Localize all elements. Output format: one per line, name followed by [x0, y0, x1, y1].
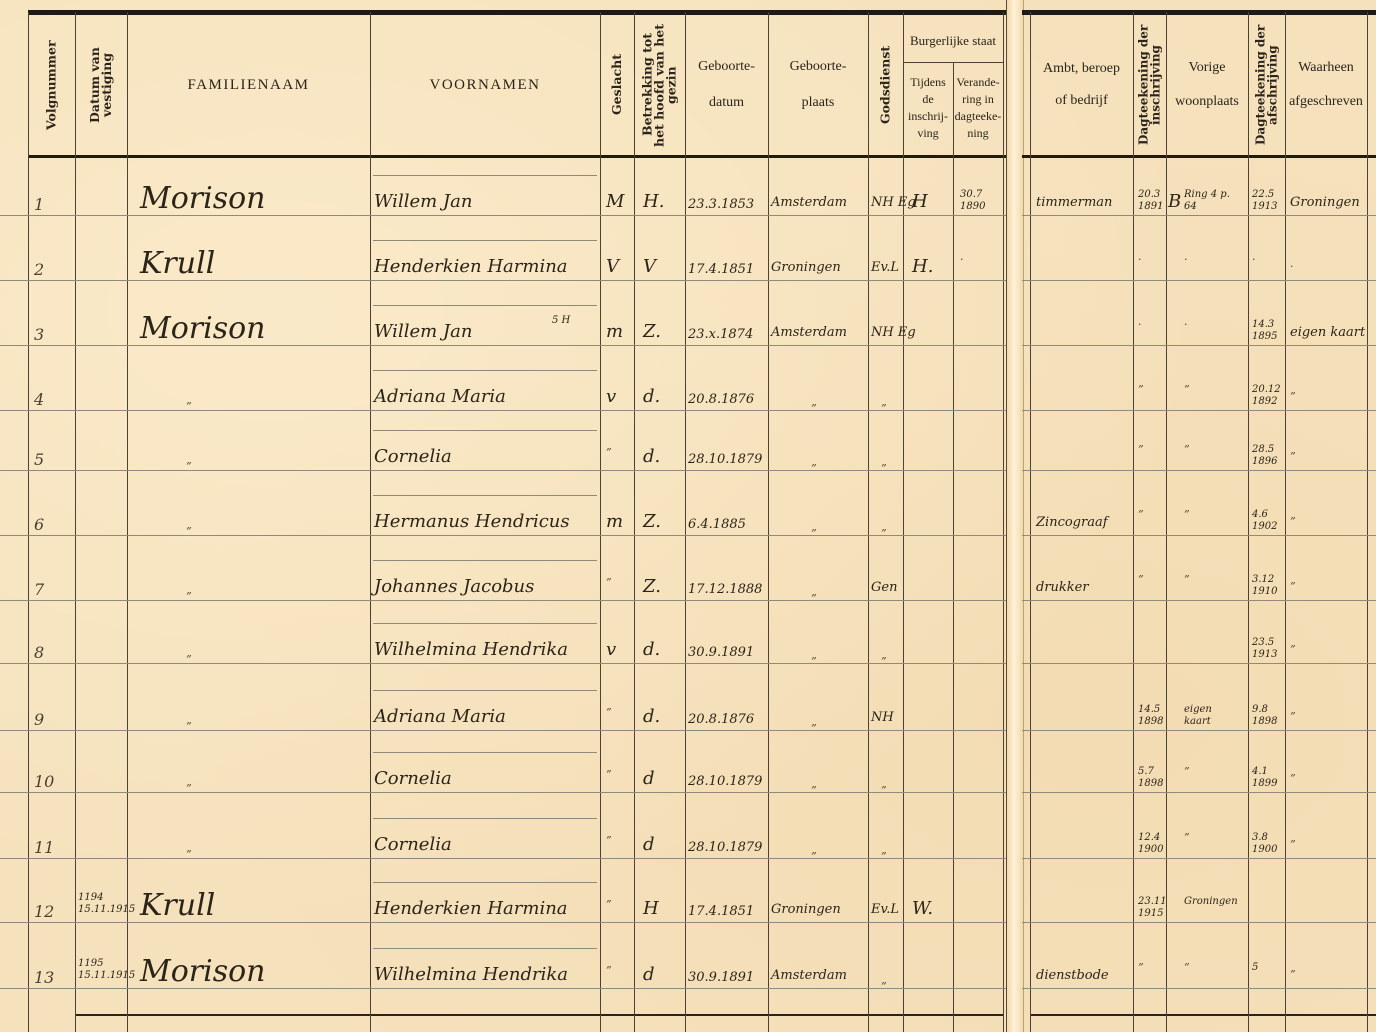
- cell-betrekking: Z.: [643, 321, 661, 342]
- cell-afschrijving: 4.1 1899: [1252, 766, 1282, 790]
- cell-tijdens: W.: [912, 898, 933, 919]
- header-verandering-text: Verande- ring in dagteeke- ning: [954, 74, 1002, 142]
- cell-inschrijving: 20.3 1891: [1138, 189, 1166, 213]
- header-betrekking: Betrekking tot het hoofd van het gezin: [634, 20, 685, 150]
- row-rule: [1022, 345, 1376, 346]
- row-rule: [0, 535, 1006, 536]
- column-rule: [127, 12, 128, 1032]
- cell-nr: 12: [34, 902, 54, 921]
- cell-voornamen: Willem Jan: [374, 191, 472, 212]
- cell-inschrijving: 12.4 1900: [1138, 832, 1166, 856]
- cell-geslacht: M: [606, 191, 624, 212]
- cell-nr: 9: [34, 710, 44, 729]
- header-verandering: Verande- ring in dagteeke- ning: [953, 64, 1003, 152]
- name-guide-rule: [373, 948, 597, 949]
- cell-vorige: ”: [1184, 509, 1240, 521]
- cell-geboortedatum: 28.10.1879: [688, 774, 762, 789]
- cell-nr: 10: [34, 772, 54, 791]
- header-vorige-text: Vorige woonplaats: [1172, 51, 1242, 119]
- cell-geboortedatum: 30.9.1891: [688, 970, 754, 985]
- cell-familienaam: Krull: [140, 888, 215, 923]
- cell-betrekking: V: [643, 256, 656, 277]
- column-rule: [1003, 12, 1004, 1032]
- cell-godsdienst: ”: [881, 462, 887, 475]
- cell-geslacht: ”: [606, 834, 612, 847]
- cell-waarheen: Groningen: [1290, 195, 1360, 210]
- cell-geslacht: ”: [606, 964, 612, 977]
- cell-nr: 8: [34, 643, 44, 662]
- cell-geboortedatum: 30.9.1891: [688, 645, 754, 660]
- cell-nr: 2: [34, 260, 44, 279]
- cell-geboorteplaats: ”: [811, 592, 817, 605]
- cell-betrekking: Z.: [643, 576, 661, 597]
- cell-geboorteplaats: ”: [811, 655, 817, 668]
- name-guide-rule: [373, 370, 597, 371]
- cell-tijdens: H.: [912, 256, 933, 277]
- cell-godsdienst: ”: [881, 402, 887, 415]
- name-guide-rule: [373, 690, 597, 691]
- row-rule: [1022, 600, 1376, 601]
- cell-vorige: ”: [1184, 384, 1240, 396]
- cell-geboortedatum: 23.x.1874: [688, 327, 753, 342]
- cell-betrekking: d.: [643, 386, 660, 407]
- cell-afschrijving: 3.12 1910: [1252, 574, 1282, 598]
- cell-waarheen: ”: [1290, 772, 1296, 785]
- cell-betrekking: H: [643, 898, 659, 919]
- cell-godsdienst: Ev.L: [871, 902, 899, 917]
- cell-inschrijving: 5.7 1898: [1138, 766, 1166, 790]
- cell-afschrijving: 14.3 1895: [1252, 319, 1282, 343]
- row-rule: [0, 410, 1006, 411]
- header-godsdienst: Godsdienst: [868, 20, 903, 150]
- header-vorige-woonplaats: Vorige woonplaats: [1166, 20, 1248, 150]
- cell-vorige: ”: [1184, 962, 1240, 974]
- cell-voornamen: Adriana Maria: [374, 386, 506, 407]
- cell-familienaam: ”: [186, 720, 192, 733]
- column-rule: [768, 12, 769, 1032]
- header-waarheen-text: Waarheen afgeschreven: [1285, 51, 1367, 119]
- cell-geboorteplaats: ”: [811, 722, 817, 735]
- cell-geslacht: ”: [606, 898, 612, 911]
- name-guide-rule: [373, 560, 597, 561]
- top-rule-left: [28, 10, 1006, 15]
- top-rule-right: [1022, 10, 1376, 15]
- cell-inschrijving: ”: [1138, 574, 1166, 586]
- column-rule: [1248, 12, 1249, 1032]
- column-rule: [634, 12, 635, 1032]
- cell-beroep: timmerman: [1036, 195, 1112, 210]
- cell-geboortedatum: 20.8.1876: [688, 712, 754, 727]
- row-rule: [0, 858, 1006, 859]
- cell-vorige: ”: [1184, 832, 1240, 844]
- column-rule: [903, 12, 904, 1032]
- column-rule: [868, 12, 869, 1032]
- cell-godsdienst: NH Eg: [871, 195, 916, 210]
- header-waarheen: Waarheen afgeschreven: [1285, 20, 1367, 150]
- column-rule: [1166, 12, 1167, 1032]
- cell-betrekking: d.: [643, 446, 660, 467]
- cell-nr: 3: [34, 325, 44, 344]
- cell-vorige: ”: [1184, 766, 1240, 778]
- header-rule-right: [1022, 155, 1376, 158]
- header-burgerlijke-staat: Burgerlijke staat: [903, 20, 1003, 60]
- row-rule: [0, 663, 1006, 664]
- cell-vestiging: 1194 15.11.1915: [78, 892, 124, 916]
- cell-betrekking: d: [643, 834, 655, 855]
- row-rule: [1022, 922, 1376, 923]
- cell-familienaam: ”: [186, 653, 192, 666]
- cell-voornamen: Cornelia: [374, 446, 452, 467]
- cell-geboortedatum: 6.4.1885: [688, 517, 746, 532]
- header-ambt-text: Ambt, beroep of bedrijf: [1037, 53, 1127, 117]
- cell-waarheen: eigen kaart: [1290, 325, 1365, 340]
- cell-waarheen: ”: [1290, 643, 1296, 656]
- cell-geboortedatum: 28.10.1879: [688, 452, 762, 467]
- header-dag-inschrijving: Dagteekening der inschrijving: [1133, 18, 1166, 152]
- cell-nr: 4: [34, 390, 44, 409]
- cell-voornamen: Wilhelmina Hendrika: [374, 964, 568, 985]
- cell-afschrijving: 20.12 1892: [1252, 384, 1282, 408]
- cell-nr: 5: [34, 450, 44, 469]
- cell-geboorteplaats: Groningen: [771, 902, 841, 917]
- cell-betrekking: H.: [643, 191, 664, 212]
- cell-afschrijving: ·: [1252, 254, 1282, 266]
- cell-familienaam: Krull: [140, 246, 215, 281]
- header-rule-left: [28, 155, 1006, 158]
- cell-geboortedatum: 28.10.1879: [688, 840, 762, 855]
- header-geslacht: Geslacht: [600, 20, 634, 150]
- row-rule: [0, 470, 1006, 471]
- header-tijdens: Tijdens de inschrij- ving: [903, 64, 953, 152]
- name-guide-rule: [373, 430, 597, 431]
- row-rule: [1022, 280, 1376, 281]
- cell-voornamen: Cornelia: [374, 768, 452, 789]
- cell-betrekking: d.: [643, 706, 660, 727]
- cell-betrekking: d: [643, 964, 655, 985]
- cell-familienaam: Morison: [140, 954, 266, 989]
- cell-vorige: Groningen: [1184, 896, 1240, 908]
- cell-afschrijving: 28.5 1896: [1252, 444, 1282, 468]
- header-geboortedatum: Geboorte- datum: [685, 20, 768, 150]
- row-rule: [1022, 535, 1376, 536]
- cell-vorige: ”: [1184, 444, 1240, 456]
- cell-nr: 7: [34, 580, 44, 599]
- cell-beroep: dienstbode: [1036, 968, 1109, 983]
- cell-geslacht: v: [606, 386, 616, 407]
- cell-geslacht: ”: [606, 706, 612, 719]
- cell-geslacht: v: [606, 639, 616, 660]
- cell-geboortedatum: 20.8.1876: [688, 392, 754, 407]
- row-rule: [1022, 792, 1376, 793]
- column-rule: [28, 12, 29, 1032]
- cell-waarheen: ”: [1290, 580, 1296, 593]
- row-rule: [1022, 470, 1376, 471]
- cell-waarheen: ”: [1290, 515, 1296, 528]
- row-rule: [1022, 663, 1376, 664]
- cell-voornamen: Johannes Jacobus: [374, 576, 534, 597]
- cell-betrekking: d.: [643, 639, 660, 660]
- cell-voornamen: Adriana Maria: [374, 706, 506, 727]
- column-rule: [1367, 12, 1368, 1032]
- cell-geboorteplaats: Amsterdam: [771, 195, 847, 210]
- cell-godsdienst: NH Eg: [871, 325, 916, 340]
- cell-vorige-pre: B: [1168, 191, 1181, 212]
- cell-nr: 6: [34, 515, 44, 534]
- cell-geslacht: V: [606, 256, 619, 277]
- cell-vorige: ”: [1184, 574, 1240, 586]
- cell-inschrijving: ·: [1138, 319, 1166, 331]
- cell-godsdienst: ”: [881, 655, 887, 668]
- row-rule: [1022, 730, 1376, 731]
- cell-geboorteplaats: ”: [811, 462, 817, 475]
- row-rule: [1022, 858, 1376, 859]
- cell-inschrijving: ·: [1138, 254, 1166, 266]
- column-rule: [370, 12, 371, 1032]
- cell-geboortedatum: 17.4.1851: [688, 904, 754, 919]
- cell-inschrijving: ”: [1138, 509, 1166, 521]
- cell-vorige: eigen kaart: [1184, 704, 1240, 728]
- cell-geboorteplaats: Amsterdam: [771, 968, 847, 983]
- cell-familienaam: Morison: [140, 181, 266, 216]
- cell-voornamen: Wilhelmina Hendrika: [374, 639, 568, 660]
- column-rule: [600, 12, 601, 1032]
- cell-afschrijving: 23.5 1913: [1252, 637, 1282, 661]
- cell-afschrijving: 9.8 1898: [1252, 704, 1282, 728]
- cell-familienaam: ”: [186, 525, 192, 538]
- cell-waarheen: ”: [1290, 968, 1296, 981]
- cell-afschrijving: 3.8 1900: [1252, 832, 1282, 856]
- cell-godsdienst: Ev.L: [871, 260, 899, 275]
- name-guide-rule: [373, 818, 597, 819]
- bottom-rule-left: [75, 1014, 1003, 1016]
- cell-note: 5 H: [552, 315, 570, 327]
- cell-nr: 11: [34, 838, 54, 857]
- cell-waarheen: ·: [1290, 260, 1294, 273]
- cell-geboorteplaats: ”: [811, 402, 817, 415]
- cell-geslacht: m: [606, 321, 623, 342]
- cell-waarheen: ”: [1290, 838, 1296, 851]
- column-rule: [953, 62, 954, 1032]
- cell-betrekking: Z.: [643, 511, 661, 532]
- column-rule: [1285, 12, 1286, 1032]
- cell-familienaam: Morison: [140, 311, 266, 346]
- cell-godsdienst: ”: [881, 784, 887, 797]
- cell-inschrijving: 23.11 1915: [1138, 896, 1166, 920]
- cell-geboorteplaats: Groningen: [771, 260, 841, 275]
- cell-geboorteplaats: ”: [811, 784, 817, 797]
- cell-godsdienst: NH: [871, 710, 894, 725]
- name-guide-rule: [373, 240, 597, 241]
- name-guide-rule: [373, 882, 597, 883]
- cell-waarheen: ”: [1290, 390, 1296, 403]
- header-dag-afschrijving: Dagteekening der afschrijving: [1248, 18, 1285, 152]
- cell-geboortedatum: 23.3.1853: [688, 197, 754, 212]
- cell-inschrijving: ”: [1138, 962, 1166, 974]
- cell-geslacht: ”: [606, 576, 612, 589]
- cell-verandering: 30.7 1890: [960, 189, 994, 213]
- cell-waarheen: ”: [1290, 710, 1296, 723]
- bottom-rule-right: [1030, 1014, 1376, 1016]
- cell-inschrijving: 14.5 1898: [1138, 704, 1166, 728]
- cell-godsdienst: ”: [881, 527, 887, 540]
- cell-beroep: drukker: [1036, 580, 1089, 595]
- cell-inschrijving: ”: [1138, 444, 1166, 456]
- row-rule: [0, 730, 1006, 731]
- cell-familienaam: ”: [186, 590, 192, 603]
- cell-waarheen: ”: [1290, 450, 1296, 463]
- header-familienaam: FAMILIENAAM: [127, 20, 370, 150]
- cell-afschrijving: 22.5 1913: [1252, 189, 1282, 213]
- name-guide-rule: [373, 495, 597, 496]
- header-geboortedatum-text: Geboorte- datum: [697, 49, 757, 121]
- cell-geslacht: ”: [606, 768, 612, 781]
- cell-godsdienst: Gen: [871, 580, 897, 595]
- header-volgnummer: Volgnummer: [28, 20, 75, 150]
- cell-geboorteplaats: ”: [811, 527, 817, 540]
- cell-betrekking: d: [643, 768, 655, 789]
- name-guide-rule: [373, 305, 597, 306]
- column-rule: [685, 12, 686, 1032]
- cell-familienaam: ”: [186, 460, 192, 473]
- cell-nr: 13: [34, 968, 54, 987]
- cell-tijdens: H: [912, 191, 928, 212]
- cell-afschrijving: 5: [1252, 962, 1282, 974]
- row-rule: [1022, 215, 1376, 216]
- row-rule: [1022, 988, 1376, 989]
- cell-verandering: ·: [960, 254, 994, 266]
- header-voornamen: VOORNAMEN: [370, 20, 600, 150]
- cell-voornamen: Willem Jan: [374, 321, 472, 342]
- cell-nr: 1: [34, 195, 44, 214]
- cell-voornamen: Hermanus Hendricus: [374, 511, 570, 532]
- cell-geboortedatum: 17.4.1851: [688, 262, 754, 277]
- header-datum-vestiging: Datum van vestiging: [75, 20, 127, 150]
- row-rule: [0, 600, 1006, 601]
- row-rule: [1022, 410, 1376, 411]
- cell-familienaam: ”: [186, 400, 192, 413]
- cell-inschrijving: ”: [1138, 384, 1166, 396]
- cell-voornamen: Cornelia: [374, 834, 452, 855]
- cell-geboorteplaats: Amsterdam: [771, 325, 847, 340]
- cell-beroep: Zincograaf: [1036, 515, 1108, 530]
- cell-vorige: ·: [1184, 319, 1240, 331]
- column-rule: [75, 12, 76, 1032]
- cell-vorige: ·: [1184, 254, 1240, 266]
- cell-godsdienst: ”: [881, 850, 887, 863]
- column-rule: [1133, 12, 1134, 1032]
- cell-godsdienst: ”: [881, 980, 887, 993]
- header-geboorteplaats-text: Geboorte- plaats: [788, 49, 848, 121]
- name-guide-rule: [373, 623, 597, 624]
- name-guide-rule: [373, 175, 597, 176]
- name-guide-rule: [373, 752, 597, 753]
- header-ambt: Ambt, beroep of bedrijf: [1030, 20, 1133, 150]
- cell-vorige: Ring 4 p. 64: [1184, 189, 1240, 213]
- cell-geslacht: m: [606, 511, 623, 532]
- cell-voornamen: Henderkien Harmina: [374, 256, 568, 277]
- cell-familienaam: ”: [186, 848, 192, 861]
- cell-vestiging: 1195 15.11.1915: [78, 958, 124, 982]
- cell-afschrijving: 4.6 1902: [1252, 509, 1282, 533]
- cell-familienaam: ”: [186, 782, 192, 795]
- row-rule: [0, 792, 1006, 793]
- cell-geslacht: ”: [606, 446, 612, 459]
- cell-geboortedatum: 17.12.1888: [688, 582, 762, 597]
- header-tijdens-text: Tijdens de inschrij- ving: [906, 74, 950, 142]
- column-rule: [1030, 12, 1031, 1032]
- header-geboorteplaats: Geboorte- plaats: [768, 20, 868, 150]
- cell-geboorteplaats: ”: [811, 850, 817, 863]
- cell-voornamen: Henderkien Harmina: [374, 898, 568, 919]
